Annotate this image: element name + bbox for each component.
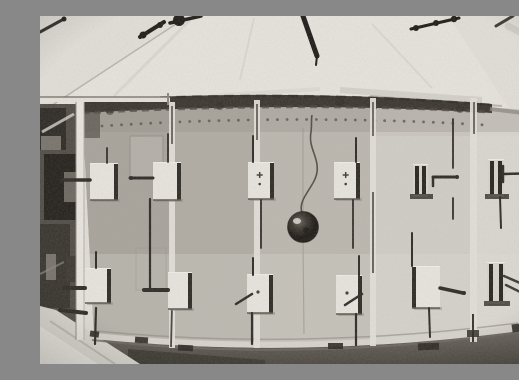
photo-canvas [40,16,519,364]
vignette-overlay [40,16,519,364]
satellite-photograph: Black-and-white archival photograph of a… [40,16,519,364]
